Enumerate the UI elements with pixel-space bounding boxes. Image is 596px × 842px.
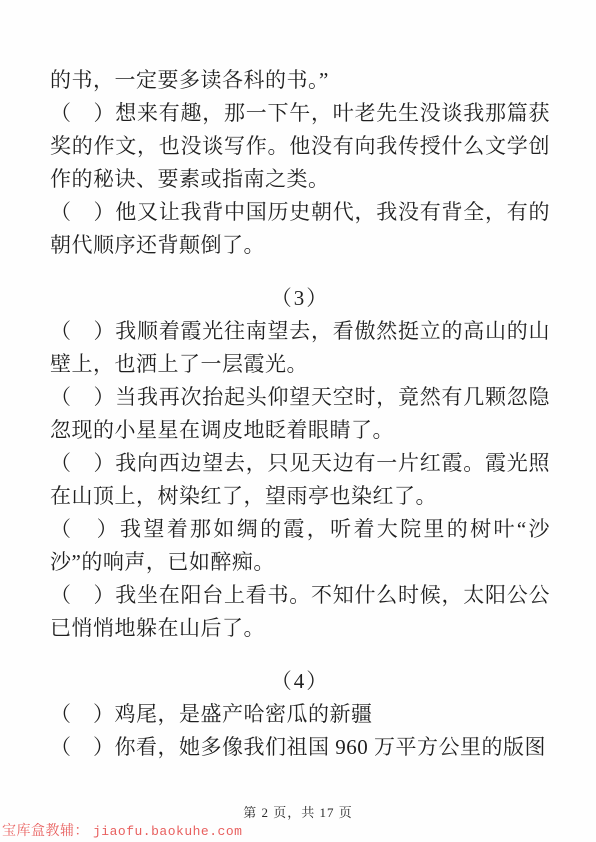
paragraph: （ ）你看，她多像我们祖国 960 万平方公里的版图 [50,731,550,764]
answer-blank: （ ） [50,319,115,343]
section-number: （4） [50,665,550,698]
paragraph: （ ）我顺着霞光往南望去，看傲然挺立的高山的山壁上，也洒上了一层霞光。 [50,315,550,381]
document-page: 的书，一定要多读各科的书。”（ ）想来有趣，那一下午，叶老先生没谈我那篇获奖的作… [0,0,596,842]
answer-blank: （ ） [50,735,115,759]
answer-blank: （ ） [50,517,120,541]
answer-blank: （ ） [50,385,115,409]
answer-blank: （ ） [50,702,115,726]
paragraph: （ ）我望着那如绸的霞，听着大院里的树叶“沙沙”的响声，已如醉痴。 [50,513,550,579]
answer-blank: （ ） [50,583,115,607]
paragraph: （ ）当我再次抬起头仰望天空时，竟然有几颗忽隐忽现的小星星在调皮地眨着眼睛了。 [50,381,550,447]
watermark-label: 宝库盒教辅： [2,824,89,839]
paragraph: （ ）他又让我背中国历史朝代，我没有背全，有的朝代顺序还背颠倒了。 [50,196,550,262]
document-body: 的书，一定要多读各科的书。”（ ）想来有趣，那一下午，叶老先生没谈我那篇获奖的作… [50,64,550,764]
paragraph: 的书，一定要多读各科的书。” [50,64,550,97]
section-number: （3） [50,282,550,315]
paragraph: （ ）鸡尾，是盛产哈密瓜的新疆 [50,698,550,731]
paragraph: （ ）我向西边望去，只见天边有一片红霞。霞光照在山顶上，树染红了，望雨亭也染红了… [50,447,550,513]
paragraph: （ ）我坐在阳台上看书。不知什么时候，太阳公公已悄悄地躲在山后了。 [50,579,550,645]
page-number-footer: 第 2 页，共 17 页 [0,802,596,821]
paragraph: （ ）想来有趣，那一下午，叶老先生没谈我那篇获奖的作文，也没谈写作。他没有向我传… [50,97,550,196]
answer-blank: （ ） [50,101,115,125]
answer-blank: （ ） [50,200,115,224]
answer-blank: （ ） [50,451,115,475]
watermark: 宝库盒教辅： jiaofu.baokuhe.com [2,820,242,840]
watermark-url: jiaofu.baokuhe.com [93,824,242,839]
